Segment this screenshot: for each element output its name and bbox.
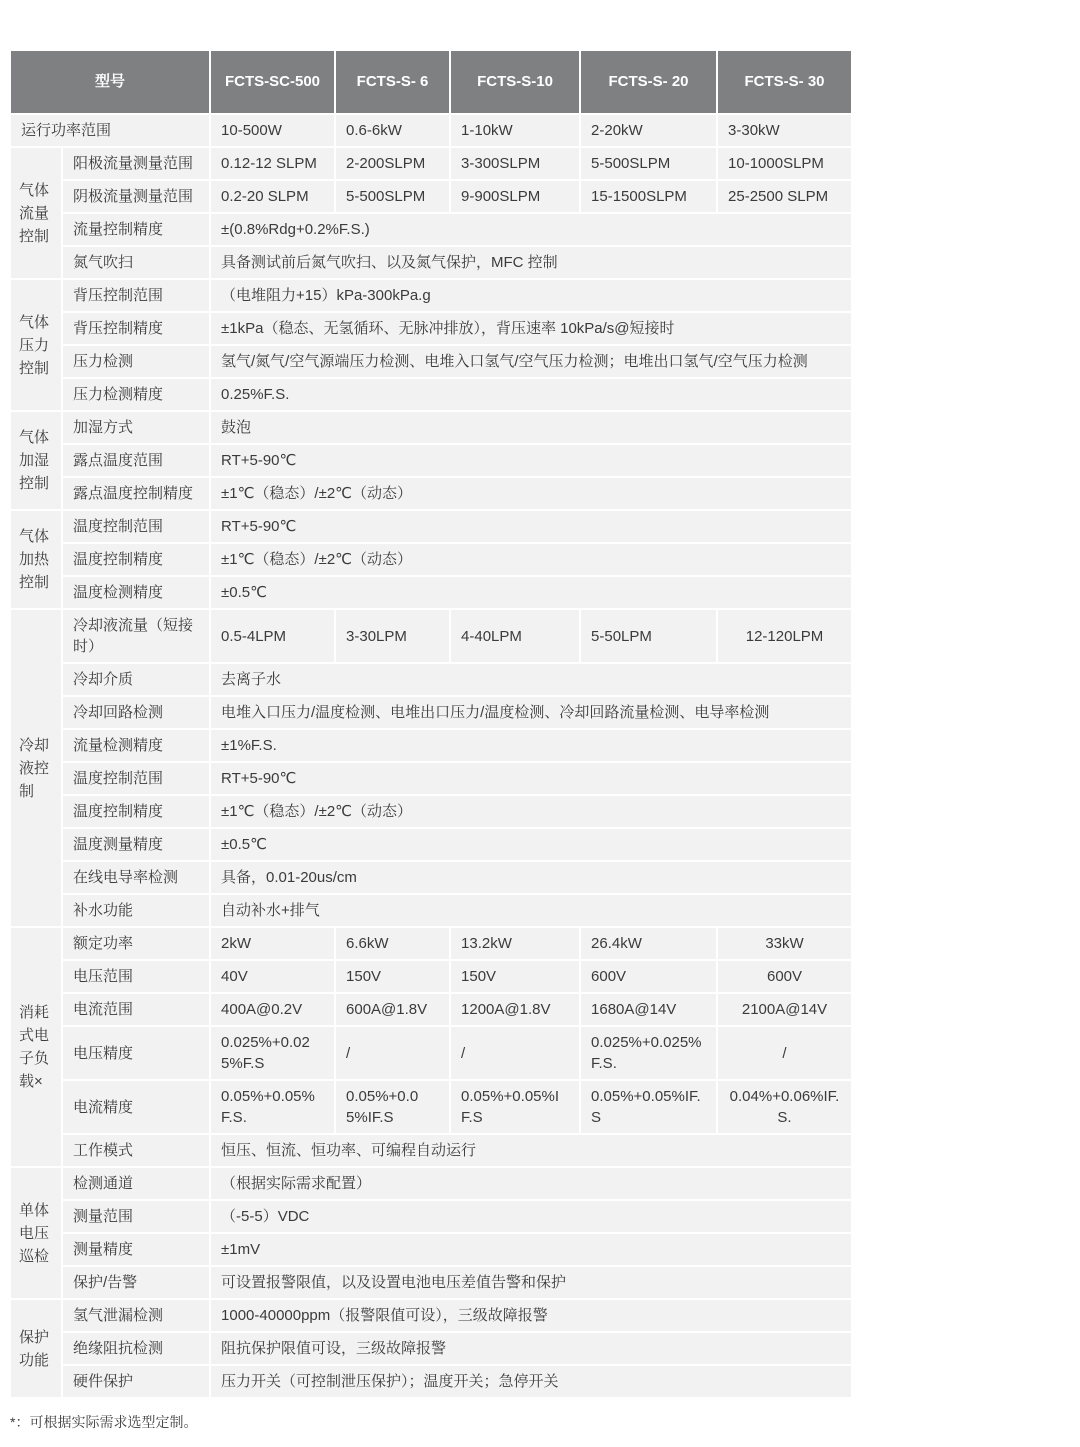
group-label: 气体加热控制: [10, 510, 62, 609]
row-label: 温度控制范围: [62, 762, 210, 795]
spec-value: 氢气/氮气/空气源端压力检测、电堆入口氢气/空气压力检测；电堆出口氢气/空气压力…: [210, 345, 852, 378]
spec-value: 400A@0.2V: [210, 993, 335, 1026]
row-label: 背压控制范围: [62, 279, 210, 312]
row-label: 电压范围: [62, 960, 210, 993]
group-label: 气体加湿控制: [10, 411, 62, 510]
row-label: 压力检测精度: [62, 378, 210, 411]
table-row: 电流范围400A@0.2V600A@1.8V1200A@1.8V1680A@14…: [10, 993, 852, 1026]
row-label: 工作模式: [62, 1134, 210, 1167]
spec-value: 0.025%+0.025%F.S.: [580, 1026, 717, 1080]
spec-value: 1680A@14V: [580, 993, 717, 1026]
spec-value: ±1mV: [210, 1233, 852, 1266]
spec-value: 150V: [335, 960, 450, 993]
spec-value: 26.4kW: [580, 927, 717, 960]
row-label: 氢气泄漏检测: [62, 1299, 210, 1332]
row-label: 电流范围: [62, 993, 210, 1026]
spec-value: 3-30kW: [717, 114, 852, 147]
spec-value: 5-50LPM: [580, 609, 717, 663]
spec-value: （根据实际需求配置）: [210, 1167, 852, 1200]
spec-value: 12-120LPM: [717, 609, 852, 663]
spec-value: （电堆阻力+15）kPa-300kPa.g: [210, 279, 852, 312]
spec-value: 0.25%F.S.: [210, 378, 852, 411]
table-row: 露点温度控制精度±1℃（稳态）/±2℃（动态）: [10, 477, 852, 510]
row-label: 冷却回路检测: [62, 696, 210, 729]
spec-value: 1200A@1.8V: [450, 993, 580, 1026]
spec-value: 3-300SLPM: [450, 147, 580, 180]
spec-value: 0.12-12 SLPM: [210, 147, 335, 180]
spec-value: 600V: [580, 960, 717, 993]
table-row: 补水功能自动补水+排气: [10, 894, 852, 927]
table-head: 型号 FCTS-SC-500FCTS-S- 6FCTS-S-10FCTS-S- …: [10, 50, 852, 114]
spec-value: 2-20kW: [580, 114, 717, 147]
spec-value: 600A@1.8V: [335, 993, 450, 1026]
table-row: 测量精度±1mV: [10, 1233, 852, 1266]
table-row: 温度控制精度±1℃（稳态）/±2℃（动态）: [10, 543, 852, 576]
row-label: 温度控制范围: [62, 510, 210, 543]
spec-value: ±1℃（稳态）/±2℃（动态）: [210, 477, 852, 510]
spec-value: RT+5-90℃: [210, 510, 852, 543]
spec-value: 15-1500SLPM: [580, 180, 717, 213]
group-label: 消耗式电子负载×: [10, 927, 62, 1167]
table-row: 温度测量精度±0.5℃: [10, 828, 852, 861]
row-label: 温度检测精度: [62, 576, 210, 609]
spec-table: 型号 FCTS-SC-500FCTS-S- 6FCTS-S-10FCTS-S- …: [10, 50, 852, 1398]
model-header: FCTS-S- 20: [580, 50, 717, 114]
row-label: 运行功率范围: [10, 114, 210, 147]
spec-value: 33kW: [717, 927, 852, 960]
models-header-label: 型号: [10, 50, 210, 114]
spec-value: 9-900SLPM: [450, 180, 580, 213]
spec-value: 2kW: [210, 927, 335, 960]
table-row: 单体电压巡检检测通道（根据实际需求配置）: [10, 1167, 852, 1200]
table-row: 运行功率范围10-500W0.6-6kW1-10kW2-20kW3-30kW: [10, 114, 852, 147]
row-label: 露点温度范围: [62, 444, 210, 477]
model-header: FCTS-S-10: [450, 50, 580, 114]
spec-value: ±1℃（稳态）/±2℃（动态）: [210, 543, 852, 576]
spec-value: （-5-5）VDC: [210, 1200, 852, 1233]
table-row: 冷却液控制冷却液流量（短接时）0.5-4LPM3-30LPM4-40LPM5-5…: [10, 609, 852, 663]
table-row: 保护功能氢气泄漏检测1000-40000ppm（报警限值可设），三级故障报警: [10, 1299, 852, 1332]
row-label: 绝缘阻抗检测: [62, 1332, 210, 1365]
table-row: 气体压力控制背压控制范围（电堆阻力+15）kPa-300kPa.g: [10, 279, 852, 312]
row-label: 冷却介质: [62, 663, 210, 696]
spec-value: 具备，0.01-20us/cm: [210, 861, 852, 894]
spec-value: 0.05%+0.05%IF.S: [450, 1080, 580, 1134]
spec-value: 2-200SLPM: [335, 147, 450, 180]
table-row: 冷却介质去离子水: [10, 663, 852, 696]
spec-value: 0.05%+0.05%IF.S: [335, 1080, 450, 1134]
group-label: 单体电压巡检: [10, 1167, 62, 1299]
row-label: 压力检测: [62, 345, 210, 378]
spec-value: 0.6-6kW: [335, 114, 450, 147]
table-row: 气体流量控制阳极流量测量范围0.12-12 SLPM2-200SLPM3-300…: [10, 147, 852, 180]
row-label: 测量范围: [62, 1200, 210, 1233]
row-label: 电流精度: [62, 1080, 210, 1134]
spec-value: 1-10kW: [450, 114, 580, 147]
spec-value: 阻抗保护限值可设，三级故障报警: [210, 1332, 852, 1365]
spec-value: 0.5-4LPM: [210, 609, 335, 663]
row-label: 保护/告警: [62, 1266, 210, 1299]
table-row: 电流精度0.05%+0.05%F.S.0.05%+0.05%IF.S0.05%+…: [10, 1080, 852, 1134]
row-label: 背压控制精度: [62, 312, 210, 345]
spec-value: 电堆入口压力/温度检测、电堆出口压力/温度检测、冷却回路流量检测、电导率检测: [210, 696, 852, 729]
spec-value: 150V: [450, 960, 580, 993]
row-label: 流量控制精度: [62, 213, 210, 246]
spec-value: 自动补水+排气: [210, 894, 852, 927]
row-label: 加湿方式: [62, 411, 210, 444]
table-row: 阴极流量测量范围0.2-20 SLPM5-500SLPM9-900SLPM15-…: [10, 180, 852, 213]
row-label: 额定功率: [62, 927, 210, 960]
group-label: 气体流量控制: [10, 147, 62, 279]
row-label: 温度测量精度: [62, 828, 210, 861]
row-label: 露点温度控制精度: [62, 477, 210, 510]
table-row: 消耗式电子负载×额定功率2kW6.6kW13.2kW26.4kW33kW: [10, 927, 852, 960]
spec-value: 0.025%+0.025%F.S: [210, 1026, 335, 1080]
spec-value: 2100A@14V: [717, 993, 852, 1026]
row-label: 冷却液流量（短接时）: [62, 609, 210, 663]
row-label: 氮气吹扫: [62, 246, 210, 279]
table-row: 保护/告警可设置报警限值，以及设置电池电压差值告警和保护: [10, 1266, 852, 1299]
row-label: 阳极流量测量范围: [62, 147, 210, 180]
spec-value: ±(0.8%Rdg+0.2%F.S.): [210, 213, 852, 246]
spec-value: 恒压、恒流、恒功率、可编程自动运行: [210, 1134, 852, 1167]
spec-value: 0.2-20 SLPM: [210, 180, 335, 213]
spec-value: 10-1000SLPM: [717, 147, 852, 180]
table-row: 电压范围40V150V150V600V600V: [10, 960, 852, 993]
spec-value: 6.6kW: [335, 927, 450, 960]
spec-value: /: [717, 1026, 852, 1080]
table-row: 冷却回路检测电堆入口压力/温度检测、电堆出口压力/温度检测、冷却回路流量检测、电…: [10, 696, 852, 729]
spec-value: 5-500SLPM: [580, 147, 717, 180]
spec-value: 4-40LPM: [450, 609, 580, 663]
spec-value: 0.05%+0.05%IF.S: [580, 1080, 717, 1134]
spec-value: ±1%F.S.: [210, 729, 852, 762]
spec-value: ±1℃（稳态）/±2℃（动态）: [210, 795, 852, 828]
row-label: 检测通道: [62, 1167, 210, 1200]
spec-value: 具备测试前后氮气吹扫、以及氮气保护，MFC 控制: [210, 246, 852, 279]
table-row: 电压精度0.025%+0.025%F.S//0.025%+0.025%F.S./: [10, 1026, 852, 1080]
row-label: 补水功能: [62, 894, 210, 927]
spec-value: RT+5-90℃: [210, 762, 852, 795]
spec-value: ±1kPa（稳态、无氢循环、无脉冲排放），背压速率 10kPa/s@短接时: [210, 312, 852, 345]
table-row: 氮气吹扫具备测试前后氮气吹扫、以及氮气保护，MFC 控制: [10, 246, 852, 279]
row-label: 流量检测精度: [62, 729, 210, 762]
spec-value: 600V: [717, 960, 852, 993]
spec-value: 压力开关（可控制泄压保护）；温度开关；急停开关: [210, 1365, 852, 1398]
spec-value: 1000-40000ppm（报警限值可设），三级故障报警: [210, 1299, 852, 1332]
spec-value: 去离子水: [210, 663, 852, 696]
spec-value: 5-500SLPM: [335, 180, 450, 213]
model-header: FCTS-S- 30: [717, 50, 852, 114]
model-header: FCTS-SC-500: [210, 50, 335, 114]
page: 型号 FCTS-SC-500FCTS-S- 6FCTS-S-10FCTS-S- …: [0, 0, 1080, 1447]
table-row: 压力检测精度0.25%F.S.: [10, 378, 852, 411]
spec-value: ±0.5℃: [210, 576, 852, 609]
spec-value: 13.2kW: [450, 927, 580, 960]
table-row: 工作模式恒压、恒流、恒功率、可编程自动运行: [10, 1134, 852, 1167]
spec-value: 0.04%+0.06%IF.S.: [717, 1080, 852, 1134]
spec-value: 鼓泡: [210, 411, 852, 444]
model-header: FCTS-S- 6: [335, 50, 450, 114]
table-row: 测量范围（-5-5）VDC: [10, 1200, 852, 1233]
row-label: 电压精度: [62, 1026, 210, 1080]
row-label: 温度控制精度: [62, 543, 210, 576]
table-body: 运行功率范围10-500W0.6-6kW1-10kW2-20kW3-30kW气体…: [10, 114, 852, 1398]
table-row: 气体加热控制温度控制范围RT+5-90℃: [10, 510, 852, 543]
table-row: 流量检测精度±1%F.S.: [10, 729, 852, 762]
spec-value: 10-500W: [210, 114, 335, 147]
table-row: 背压控制精度±1kPa（稳态、无氢循环、无脉冲排放），背压速率 10kPa/s@…: [10, 312, 852, 345]
group-label: 冷却液控制: [10, 609, 62, 927]
row-label: 在线电导率检测: [62, 861, 210, 894]
table-row: 流量控制精度±(0.8%Rdg+0.2%F.S.): [10, 213, 852, 246]
header-row: 型号 FCTS-SC-500FCTS-S- 6FCTS-S-10FCTS-S- …: [10, 50, 852, 114]
spec-value: 25-2500 SLPM: [717, 180, 852, 213]
spec-value: RT+5-90℃: [210, 444, 852, 477]
group-label: 气体压力控制: [10, 279, 62, 411]
row-label: 阴极流量测量范围: [62, 180, 210, 213]
table-row: 压力检测氢气/氮气/空气源端压力检测、电堆入口氢气/空气压力检测；电堆出口氢气/…: [10, 345, 852, 378]
row-label: 测量精度: [62, 1233, 210, 1266]
spec-value: 40V: [210, 960, 335, 993]
spec-value: 可设置报警限值，以及设置电池电压差值告警和保护: [210, 1266, 852, 1299]
table-row: 温度控制范围RT+5-90℃: [10, 762, 852, 795]
table-row: 绝缘阻抗检测阻抗保护限值可设，三级故障报警: [10, 1332, 852, 1365]
table-row: 温度控制精度±1℃（稳态）/±2℃（动态）: [10, 795, 852, 828]
table-row: 气体加湿控制加湿方式鼓泡: [10, 411, 852, 444]
footnote: *：可根据实际需求选型定制。: [10, 1412, 1080, 1432]
spec-value: 3-30LPM: [335, 609, 450, 663]
table-row: 温度检测精度±0.5℃: [10, 576, 852, 609]
group-label: 保护功能: [10, 1299, 62, 1398]
spec-value: 0.05%+0.05%F.S.: [210, 1080, 335, 1134]
spec-value: /: [450, 1026, 580, 1080]
table-row: 硬件保护压力开关（可控制泄压保护）；温度开关；急停开关: [10, 1365, 852, 1398]
spec-value: ±0.5℃: [210, 828, 852, 861]
table-row: 露点温度范围RT+5-90℃: [10, 444, 852, 477]
table-row: 在线电导率检测具备，0.01-20us/cm: [10, 861, 852, 894]
spec-value: /: [335, 1026, 450, 1080]
row-label: 温度控制精度: [62, 795, 210, 828]
row-label: 硬件保护: [62, 1365, 210, 1398]
